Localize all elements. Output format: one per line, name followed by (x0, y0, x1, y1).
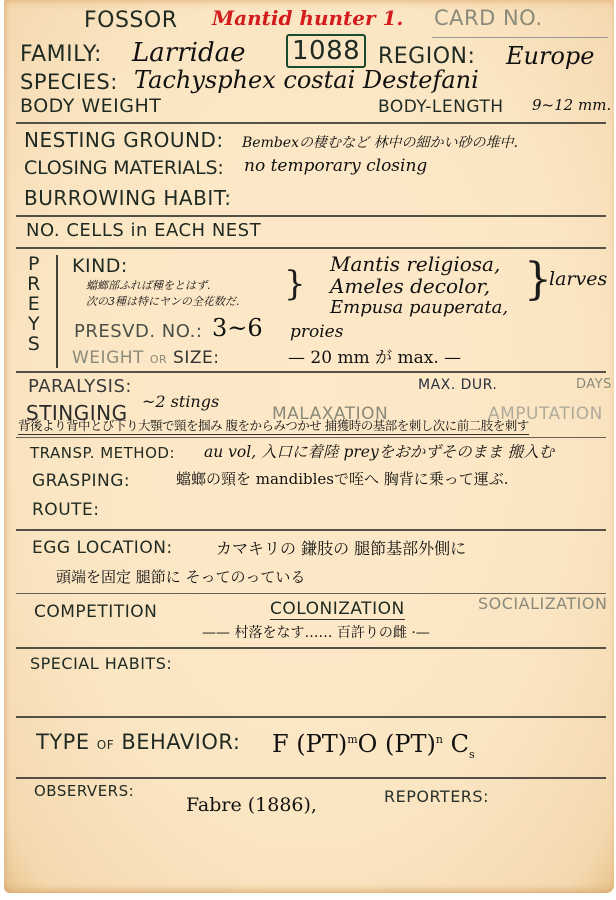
section-divider (16, 777, 606, 779)
weight-size-label: WEIGHT OR SIZE: (72, 348, 219, 368)
formula-c: C (451, 730, 469, 758)
card-no-label: CARD NO. (434, 6, 543, 30)
max-dur-label: MAX. DUR. (418, 377, 497, 393)
preys-divider (56, 255, 58, 368)
family-label: FAMILY: (20, 42, 102, 67)
egg-location-line2: 頭端を固定 腿節に そってのっている (56, 566, 305, 587)
formula-pt: (PT) (296, 730, 347, 758)
socialization-label: SOCIALIZATION (478, 594, 607, 613)
section-divider (16, 716, 606, 718)
section-divider (16, 122, 606, 124)
paralysis-label: PARALYSIS: (28, 376, 132, 397)
weight-label: WEIGHT (72, 348, 144, 368)
stinging-note: 背後より背中とび下り大顎で頸を掴み 腹をからみつかせ 捕獲時の基部を刺し次に前二… (18, 416, 529, 435)
body-weight-label: BODY WEIGHT (20, 95, 161, 117)
formula-exponent-n: n (436, 733, 443, 746)
kind-note-line1: 蟷螂部ふれば種をとはず. (86, 277, 211, 293)
stinging-value: ~2 stings (142, 392, 219, 411)
closing-materials-label: CLOSING MATERIALS: (24, 157, 224, 179)
formula-pt: (PT) (385, 730, 436, 758)
preys-letter: Y (26, 314, 42, 334)
transport-method-value: au vol, 入口に着陸 preyをおかずそのまま 搬入む (204, 440, 554, 462)
formula-o: O (358, 730, 378, 758)
family-value: Larridae (132, 38, 245, 68)
region-value: Europe (506, 42, 594, 70)
kind-note-line2: 次の3種は特にヤンの全花数だ. (86, 293, 239, 309)
formula-exponent-m: m (347, 733, 357, 746)
of-label: OF (97, 738, 114, 752)
prey-species-2: Ameles decolor, (330, 274, 490, 298)
type-label: TYPE (36, 730, 90, 754)
closing-materials-value: no temporary closing (244, 156, 427, 176)
egg-location-label: EGG LOCATION: (32, 538, 173, 558)
brace-icon: } (284, 264, 306, 304)
preys-letter: E (26, 294, 42, 314)
route-label: ROUTE: (32, 500, 100, 520)
competition-label: COMPETITION (34, 602, 157, 622)
section-divider (16, 647, 606, 649)
presvd-label: PRESVD. NO.: (74, 321, 202, 342)
prey-species-3: Empusa pauperata, (330, 297, 508, 318)
colonization-value: —— 村落をなす…… 百許りの雌 ·— (202, 622, 430, 642)
special-habits-label: SPECIAL HABITS: (30, 654, 172, 673)
card-no-rule (432, 37, 608, 38)
kind-label: KIND: (72, 255, 128, 277)
presvd-value: 3~6 (212, 314, 263, 342)
behavior-label: BEHAVIOR: (121, 730, 240, 754)
section-divider (16, 215, 606, 217)
section-divider (16, 371, 606, 373)
body-length-label: BODY-LENGTH (378, 97, 504, 117)
body-length-value: 9~12 mm. (532, 96, 611, 114)
section-divider (16, 529, 606, 531)
observers-value: Fabre (1886), (186, 794, 317, 816)
card-number-box: 1088 (286, 34, 366, 68)
type-of-behavior-label: TYPE OF BEHAVIOR: (36, 730, 240, 754)
egg-location-line1: カマキリの 鎌肢の 腿節基部外側に (216, 536, 466, 559)
nesting-ground-label: NESTING GROUND: (24, 128, 224, 152)
colonization-label: COLONIZATION (270, 599, 405, 620)
preys-letter: S (26, 334, 42, 354)
observers-label: OBSERVERS: (34, 782, 134, 800)
brace-icon: } (524, 254, 552, 305)
presvd-unit: proies (290, 322, 343, 342)
specimen-index-card: FOSSOR Mantid hunter 1. CARD NO. FAMILY:… (4, 0, 614, 893)
prey-species-1: Mantis religiosa, (330, 252, 500, 276)
preys-letter: R (26, 274, 42, 294)
grasping-label: GRASPING: (32, 471, 130, 491)
preys-letter: P (26, 254, 42, 274)
burrowing-habit-label: BURROWING HABIT: (24, 186, 231, 210)
prey-stage: larves (549, 268, 607, 290)
formula-f: F (272, 730, 289, 758)
weight-size-value: — 20 mm が max. — (288, 343, 461, 368)
nesting-ground-value: Bembexの棲むなど 林中の細かい砂の堆中. (242, 132, 518, 152)
formula-subscript-s: s (469, 748, 475, 761)
preys-vertical-label: P R E Y S (26, 254, 42, 354)
species-label: SPECIES: (20, 70, 118, 94)
transport-method-label: TRANSP. METHOD: (30, 444, 175, 462)
section-divider (16, 247, 606, 249)
species-value: Tachysphex costai Destefani (134, 66, 479, 94)
card-category-title: FOSSOR (84, 8, 178, 33)
size-label: SIZE: (173, 348, 219, 368)
or-label: OR (150, 353, 167, 366)
reporters-label: REPORTERS: (384, 787, 489, 806)
cells-per-nest-label: NO. CELLS in EACH NEST (26, 220, 261, 241)
section-divider (16, 437, 606, 438)
behavior-formula: F (PT)mO (PT)n Cs (272, 730, 475, 761)
card-annotation: Mantid hunter 1. (212, 6, 403, 30)
grasping-value: 蟷螂の頸を mandiblesで咥へ 胸背に乗って運ぶ. (176, 468, 509, 489)
days-label: DAYS (576, 377, 612, 392)
